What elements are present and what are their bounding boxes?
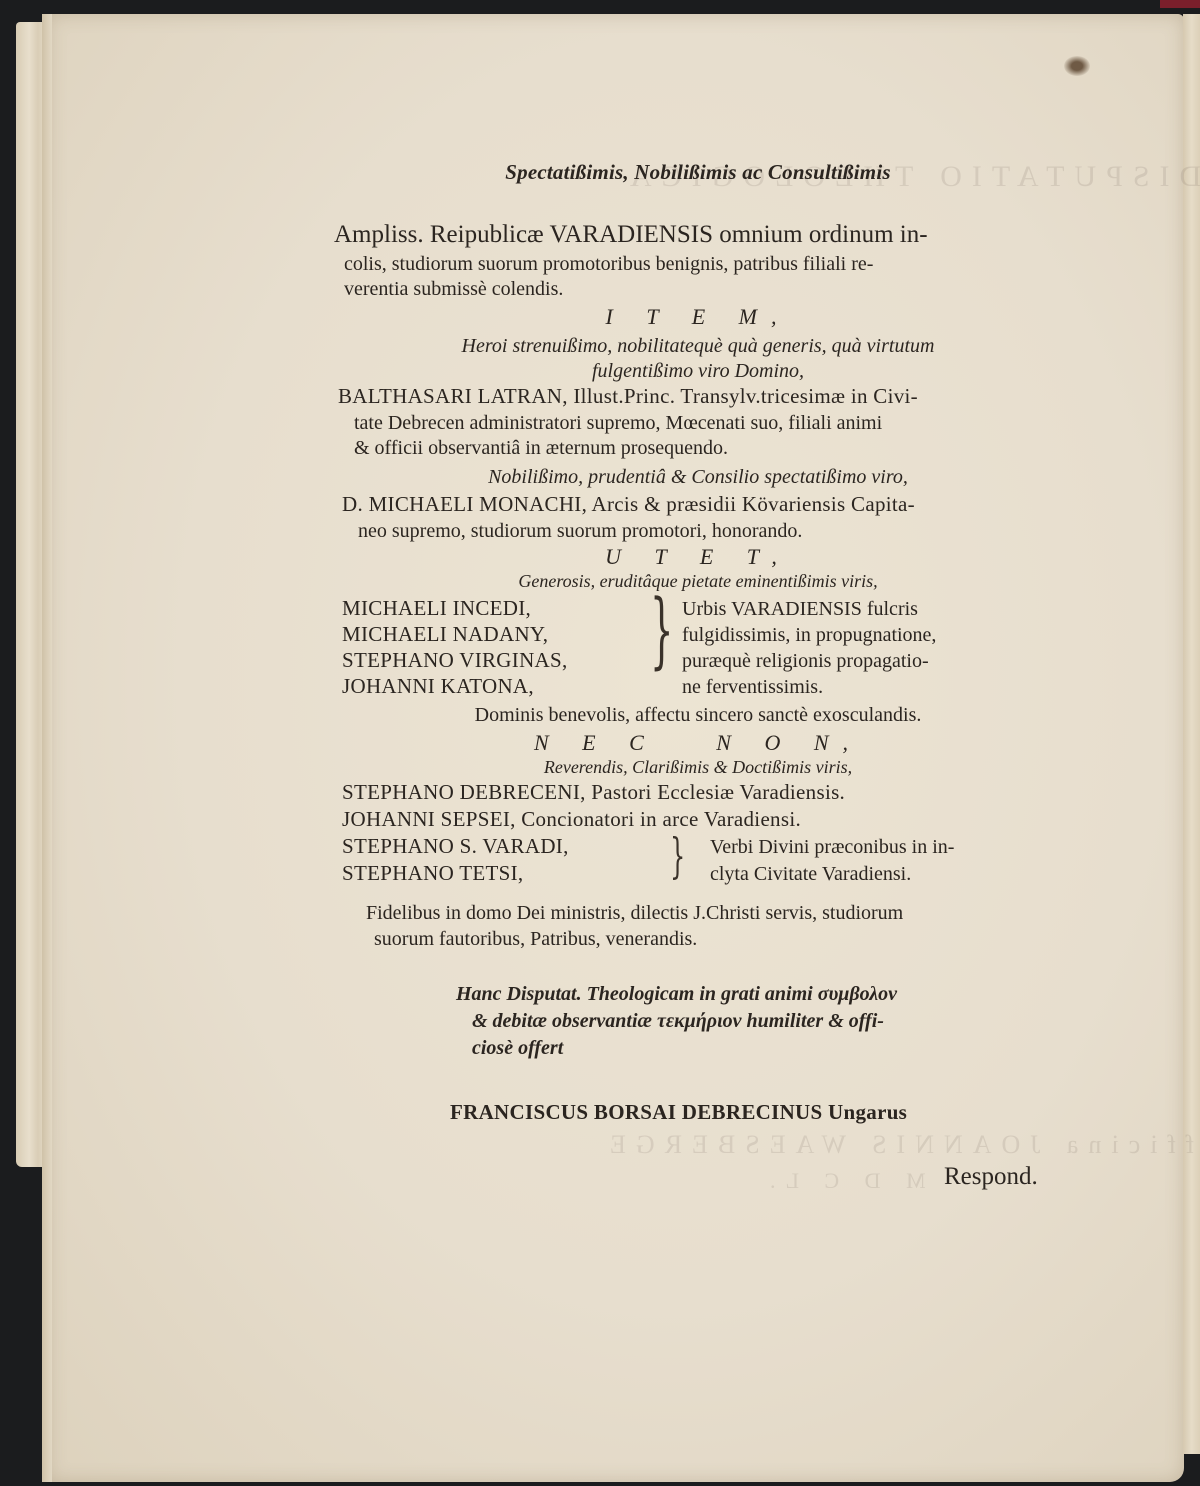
brace-icon: } [650,590,673,672]
block5-closing1: Fidelibus in domo Dei ministris, dilecti… [366,903,903,923]
block4-intro: Generosis, eruditâque pietate eminentißi… [338,572,1058,590]
block1-line2: colis, studiorum suorum promotoribus ben… [344,254,873,274]
block5-line2: JOHANNI SEPSEI, Concionatori in arce Var… [342,809,801,830]
block4-name-3: STEPHANO VIRGINAS, [342,650,568,671]
block1-line3: verentia submissè colendis. [344,279,563,299]
offering-line2: & debitæ observantiæ τεκμήριον humiliter… [472,1011,884,1031]
bookmark-ribbon [1160,0,1200,8]
block3-intro: Nobilißimo, prudentiâ & Consilio spectat… [338,467,1058,487]
block2-intro2: fulgentißimo viro Domino, [338,361,1058,381]
item-heading: I T E M, [338,306,1058,328]
block4-desc-4: ne ferventissimis. [682,677,823,697]
ink-stain [1064,56,1090,76]
block4-name-2: MICHAELI NADANY, [342,624,548,645]
page-right-fold [1183,14,1200,1454]
block2-line2: tate Debrecen administratori supremo, Mœ… [354,413,882,433]
heading: Spectatißimis, Nobilißimis ac Consultißi… [338,162,1058,183]
bleed-through-date: M D C L. [760,1168,926,1194]
offering-line1: Hanc Disputat. Theologicam in grati anim… [456,984,897,1004]
block3-line2: neo supremo, studiorum suorum promotori,… [358,521,802,541]
block4-desc-2: fulgidissimis, in propugnatione, [682,625,936,645]
block5-desc-2: clyta Civitate Varadiensi. [710,864,911,884]
block4-desc-3: puræquè religionis propagatio- [682,651,929,671]
block4-name-4: JOHANNI KATONA, [342,676,534,697]
block4-name-1: MICHAELI INCEDI, [342,598,531,619]
block4-closing: Dominis benevolis, affectu sincero sanct… [338,705,1058,725]
block5-intro: Reverendis, Clarißimis & Doctißimis viri… [338,758,1058,776]
block2-line1: BALTHASARI LATRAN, Illust.Princ. Transyl… [338,386,918,407]
bleed-through-imprint: Ex officina JOANNIS WAESBERGE [600,1130,1200,1160]
nec-non-heading: N E C N O N, [338,732,1058,754]
block5-closing2: suorum fautoribus, Patribus, venerandis. [374,929,697,949]
block3-line1: D. MICHAELI MONACHI, Arcis & præsidii Kö… [342,494,915,515]
block2-line3: & officii observantiâ in æternum prosequ… [354,438,728,458]
page-left-edge [42,14,52,1482]
block2-intro1: Heroi strenuißimo, nobilitatequè quà gen… [338,336,1058,356]
offering-line3: ciosè offert [472,1038,563,1058]
block1-line1: Ampliss. Reipublicæ VARADIENSIS omnium o… [334,222,928,247]
block5-name-1: STEPHANO S. VARADI, [342,836,569,857]
block5-desc-1: Verbi Divini præconibus in in- [710,837,954,857]
brace-icon: } [670,832,685,880]
author-name: FRANCISCUS BORSAI DEBRECINUS Ungarus [450,1102,907,1123]
block5-name-2: STEPHANO TETSI, [342,863,523,884]
block4-desc-1: Urbis VARADIENSIS fulcris [682,599,918,619]
block5-line1: STEPHANO DEBRECENI, Pastori Ecclesiæ Var… [342,782,845,803]
ut-et-heading: U T E T, [338,546,1058,568]
respondent-role: Respond. [944,1164,1038,1189]
